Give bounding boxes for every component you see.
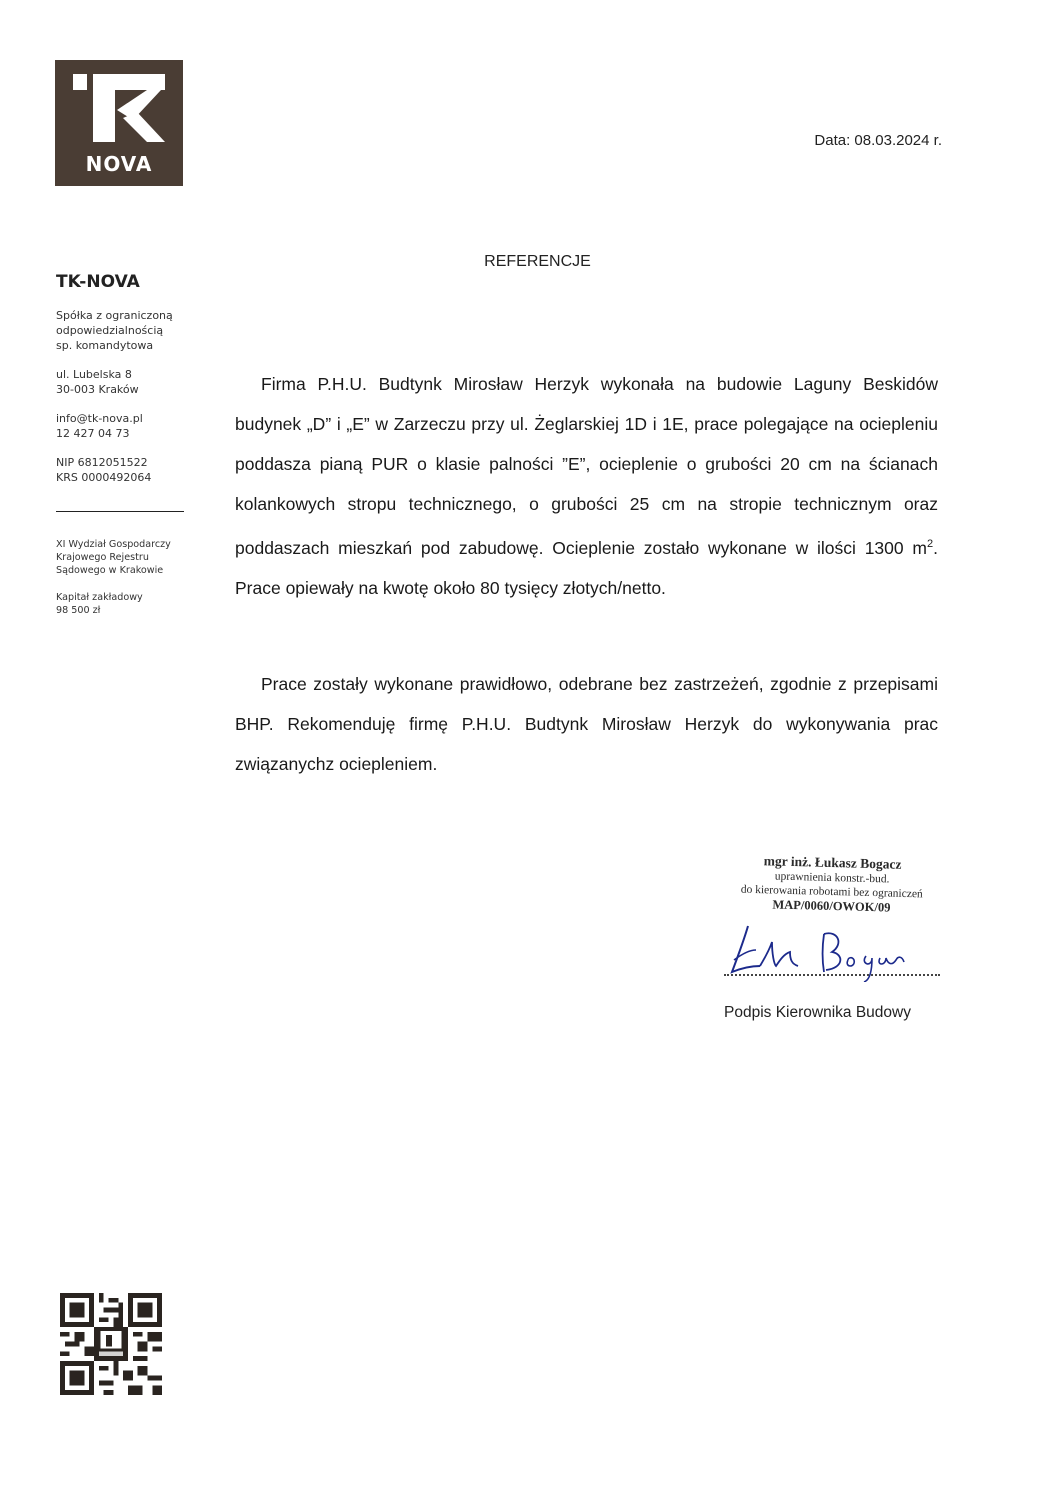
logo-k-arms-icon xyxy=(111,88,169,144)
signature-label: Podpis Kierownika Budowy xyxy=(724,1004,911,1022)
phone-number: 12 427 04 73 xyxy=(56,426,196,441)
email-link[interactable]: info@tk-nova.pl xyxy=(56,411,196,426)
court-registry: XI Wydział Gospodarczy Krajowego Rejestr… xyxy=(56,538,196,577)
legal-form: Spółka z ograniczoną odpowiedzialnością … xyxy=(56,308,196,353)
signature-line xyxy=(724,974,940,976)
company-sidebar: TK-NOVA Spółka z ograniczoną odpowiedzia… xyxy=(56,272,196,631)
sidebar-divider xyxy=(56,511,184,512)
company-address: ul. Lubelska 8 30-003 Kraków xyxy=(56,367,196,397)
body-paragraph-1: Firma P.H.U. Budtynk Mirosław Herzyk wyk… xyxy=(235,364,938,608)
qr-code-icon xyxy=(60,1293,162,1395)
engineer-stamp: mgr inż. Łukasz Bogacz uprawnienia konst… xyxy=(723,852,940,917)
document-date: Data: 08.03.2024 r. xyxy=(814,132,942,149)
company-name: TK-NOVA xyxy=(56,272,196,292)
company-contact: info@tk-nova.pl 12 427 04 73 xyxy=(56,411,196,441)
logo-text: NOVA xyxy=(55,152,183,176)
document-title: REFERENCJE xyxy=(0,253,1060,271)
company-ids: NIP 6812051522 KRS 0000492064 xyxy=(56,455,196,485)
company-logo: NOVA xyxy=(55,60,183,186)
body-paragraph-2: Prace zostały wykonane prawidłowo, odebr… xyxy=(235,664,938,784)
logo-t-mark xyxy=(73,74,87,90)
share-capital: Kapitał zakładowy 98 500 zł xyxy=(56,591,196,617)
handwritten-signature-icon xyxy=(720,920,950,982)
